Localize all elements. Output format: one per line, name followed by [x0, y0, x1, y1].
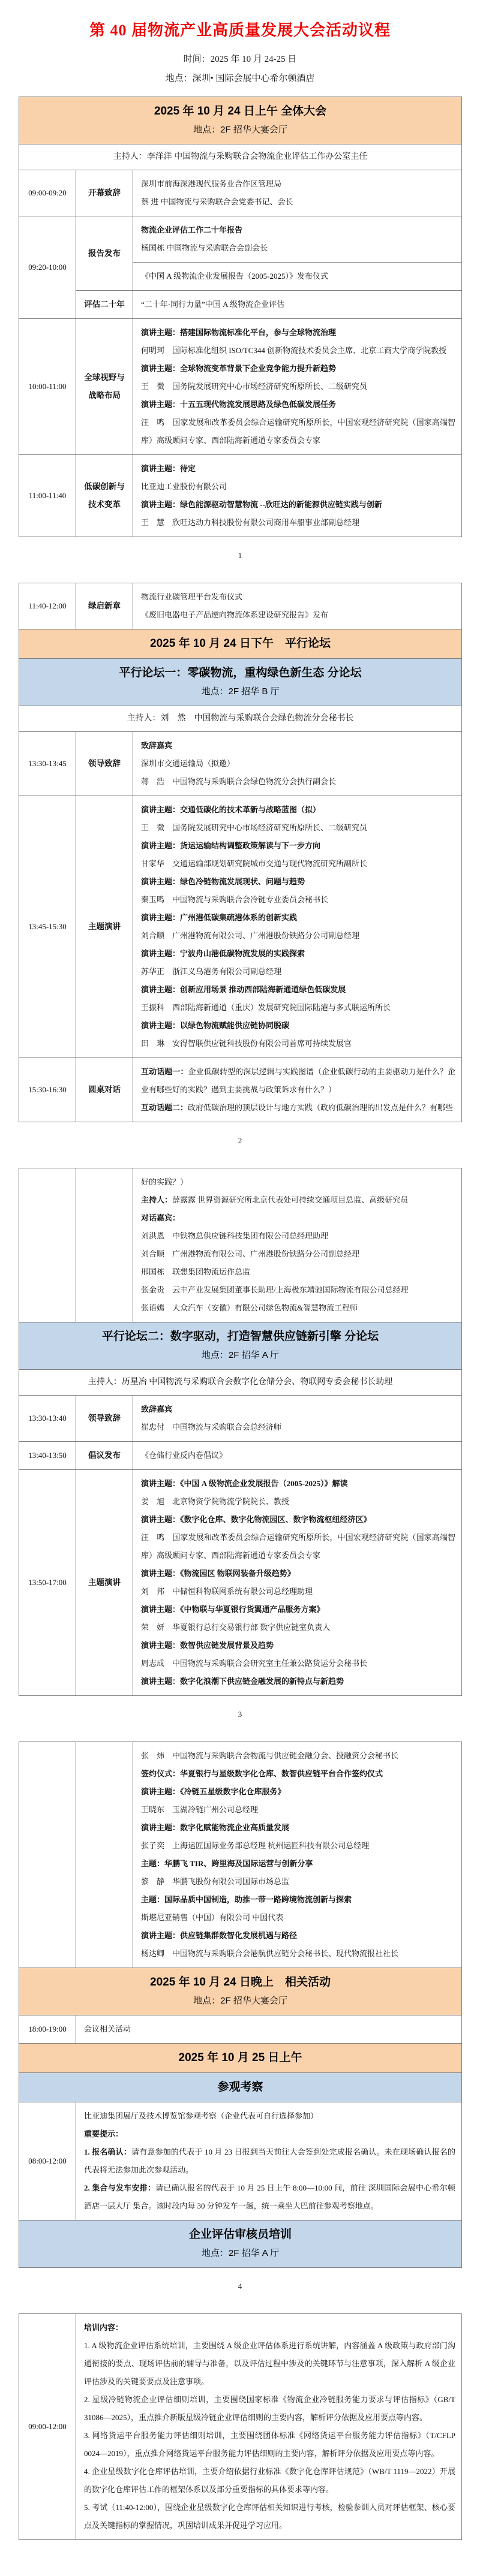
content-line: 演讲主题：搭建国际物流标准化平台，参与全球物流治理: [141, 324, 455, 342]
content-line: 苏华正 浙江义乌港务有限公司副总经理: [141, 963, 455, 981]
content-line: 演讲主题：创新应用场景 推动西部陆海新通道绿色低碳发展: [141, 981, 455, 999]
content-line: 比亚迪集团展厅及技术博览馆参观考察（企业代表可自行选择参加）: [84, 2107, 455, 2125]
session-type-cell: 主题演讲: [76, 1470, 133, 1695]
agenda-row: 15:30-16:30圆桌对话互动话题一：企业低碳转型的深层逻辑与实践图谱（企业…: [19, 1057, 461, 1122]
page-gap: 1: [0, 537, 480, 574]
agenda-row: 11:00-11:40低碳创新与 技术变革演讲主题：待定比亚迪工业股份有限公司演…: [19, 454, 461, 537]
session-type-cell: 评估二十年: [76, 291, 133, 318]
content-line-bold-part: 演讲主题：绿色冷链物流发展现状、问题与趋势: [141, 877, 305, 886]
section-header-title: 企业评估审核员培训: [23, 2225, 458, 2244]
time-cell: 08:00-12:00: [19, 2102, 76, 2220]
content-line-bold-part: 主题：国际品质中国制造，助推一带一路跨境物流创新与探索: [141, 1895, 352, 1904]
content-line-bold-part: 演讲主题：供应链集群数智化发展机遇与路径: [141, 1931, 297, 1940]
content-line: 演讲主题：交通低碳化的技术革新与战略蓝图（拟）: [141, 801, 455, 819]
content-line: 黎 静 华鹏飞股份有限公司国际市场总监: [141, 1873, 455, 1891]
content-line: 致辞嘉宾: [141, 737, 455, 755]
content-line-text-part: 4. 企业星级数字化仓库评估培训，主要介绍依据行业标准《数字化仓库评估规范》（W…: [84, 2467, 455, 2494]
content-line-bold-part: 演讲主题：《中国 A 级物流企业发展报告（2005-2025）》解读: [141, 1479, 348, 1488]
section-header-location: 地点：2F 招华 A 厅: [23, 2244, 458, 2262]
content-line: 蔡 进 中国物流与采购联合会党委书记、会长: [141, 193, 455, 211]
time-cell: 10:00-11:00: [19, 319, 76, 454]
content-line-text-part: 比亚迪集团展厅及技术博览馆参观考察（企业代表可自行选择参加）: [84, 2111, 318, 2120]
time-cell: 13:45-15:30: [19, 796, 76, 1057]
content-line: 演讲主题：数字化浪潮下供应链金融发展的新特点与新趋势: [141, 1673, 455, 1691]
session-content-cell: 比亚迪集团展厅及技术博览馆参观考察（企业代表可自行选择参加）重要提示：1. 报名…: [76, 2102, 461, 2220]
group-cells: “二十年·同行力量”中国 A 级物流企业评估: [133, 291, 461, 318]
section-header-title: 2025 年 10 月 24 日上午 全体大会: [23, 102, 458, 121]
content-line: 3. 网络货运平台服务能力评估细则培训，主要围绕团体标准《网络货运平台服务能力评…: [84, 2427, 455, 2463]
content-line: 5. 考试（11:40-12:00），围绕企业星级数字化仓库评估相关知识进行考核…: [84, 2499, 455, 2535]
content-line-bold-part: 培训内容：: [84, 2323, 123, 2332]
content-line-text-part: 《中国 A 级物流企业发展报告（2005-2025）》发布仪式: [141, 272, 328, 281]
content-line-text-part: 政府低碳治理的顶层设计与地方实践（政府低碳治理的出发点是什么？有哪些: [188, 1103, 453, 1112]
group-part: 报告发布物流企业评估工作二十年报告杨国栋 中国物流与采购联合会副会长《中国 A …: [76, 216, 461, 290]
content-line: 4. 企业星级数字化仓库评估培训，主要介绍依据行业标准《数字化仓库评估规范》（W…: [84, 2463, 455, 2499]
content-line-text-part: 深圳市前海深港现代服务业合作区管理局: [141, 179, 281, 188]
content-line: 主题：华鹏飞 TIR、跨里海及国际运营与创新分享: [141, 1855, 455, 1873]
content-line: 演讲主题：《数字化仓库、数字化物流园区、数字物流枢纽经济区》: [141, 1511, 455, 1529]
content-line: 《仓储行业反内卷倡议》: [141, 1447, 455, 1465]
content-line-text-part: 2. 星级冷链物流企业评估细则培训，主要围绕国家标准《物流企业冷链服务能力要求与…: [84, 2395, 455, 2422]
content-line-text-part: 刘合顺 广州港物流有限公司、广州港股份铁路分公司副总经理: [141, 1249, 359, 1258]
session-content-cell: 培训内容：1. A 级物流企业评估系统培训，主要围绕 A 级企业评估体系进行系统…: [76, 2314, 461, 2539]
content-line-bold-part: 演讲主题：交通低碳化的技术革新与战略蓝图（拟）: [141, 805, 320, 814]
content-line: 蒋 浩 中国物流与采购联合会绿色物流分会执行副会长: [141, 773, 455, 791]
agenda-row-wide: 08:00-12:00比亚迪集团展厅及技术博览馆参观考察（企业代表可自行选择参加…: [19, 2102, 461, 2220]
content-line: 1. 报名确认：请有意参加的代表于 10 月 23 日报到当天前往大会签到处完成…: [84, 2143, 455, 2179]
content-line-bold-part: 演讲主题：《冷链五星级数字化仓库服务》: [141, 1787, 286, 1796]
content-line: 王晓东 玉湖冷链广州公司总经理: [141, 1801, 455, 1819]
session-content-cell: 致辞嘉宾深圳市交通运输局（拟邀）蒋 浩 中国物流与采购联合会绿色物流分会执行副会…: [133, 732, 461, 796]
content-line: 演讲主题：《物流园区 物联网装备升级趋势》: [141, 1565, 455, 1583]
section-header: 参观考察: [19, 2072, 461, 2102]
agenda-row-group: 09:20-10:00报告发布物流企业评估工作二十年报告杨国栋 中国物流与采购联…: [19, 216, 461, 318]
time-cell: 11:40-12:00: [19, 583, 76, 629]
content-line: “二十年·同行力量”中国 A 级物流企业评估: [141, 296, 455, 314]
content-line: 物流企业评估工作二十年报告: [141, 221, 455, 239]
content-line-bold-part: 2. 集合与发车安排：: [84, 2183, 155, 2192]
agenda-row: 11:40-12:00绿启新章物流行业碳管理平台发布仪式《废旧电器电子产品逆向物…: [19, 583, 461, 629]
content-line: 刘合顺 广州港物流有限公司、广州港股份铁路分公司副总经理: [141, 927, 455, 945]
bottom-whitespace: [0, 2540, 480, 2576]
section-header-location: 地点：2F 招华 A 厅: [23, 1346, 458, 1364]
content-line: 王 微 国务院发展研究中心市场经济研究所原所长、二级研究员: [141, 819, 455, 837]
content-line: 张子奕 上海运匠国际业务部总经理 杭州运匠科技有限公司总经理: [141, 1837, 455, 1855]
section-header: 2025 年 10 月 24 日下午 平行论坛: [19, 629, 461, 658]
content-line: 杨国栋 中国物流与采购联合会副会长: [141, 239, 455, 257]
content-line: 主持人：薛露露 世界资源研究所北京代表处可持续交通项目总监、高级研究员: [141, 1191, 455, 1209]
content-line: 主题：国际品质中国制造，助推一带一路跨境物流创新与探索: [141, 1891, 455, 1909]
moderator-row: 主持人：历星冶 中国物流与采购联合会数字化仓储分会、物联网专委会秘书长助理: [19, 1369, 461, 1395]
section-header-location: 地点：2F 招华大宴会厅: [23, 121, 458, 139]
content-line: 演讲主题：宁波舟山港低碳物流发展的实践探索: [141, 945, 455, 963]
content-line: 致辞嘉宾: [141, 1400, 455, 1418]
time-cell: 15:30-16:30: [19, 1058, 76, 1122]
section-header: 2025 年 10 月 25 日上午: [19, 2043, 461, 2072]
agenda-table: 2025 年 10 月 24 日上午 全体大会地点：2F 招华大宴会厅主持人：李…: [19, 97, 462, 537]
content-line-text-part: 请有意参加的代表于 10 月 23 日报到当天前往大会签到处完成报名确认。未在现…: [84, 2147, 455, 2174]
content-line-text-part: 1. A 级物流企业评估系统培训，主要围绕 A 级企业评估体系进行系统讲解，内容…: [84, 2341, 455, 2386]
content-line: 崔忠付 中国物流与采购联合会总经济师: [141, 1418, 455, 1436]
content-line-bold-part: 互动话题一：: [141, 1067, 188, 1076]
time-cell: 13:40-13:50: [19, 1442, 76, 1469]
time-cell: 09:00-09:20: [19, 170, 76, 216]
session-content-cell: 演讲主题：待定比亚迪工业股份有限公司演讲主题：绿色能源驱动智慧物流 --欣旺达的…: [133, 455, 461, 537]
content-line-text-part: 比亚迪工业股份有限公司: [141, 482, 227, 491]
page-title: 第 40 届物流产业高质量发展大会活动议程: [18, 18, 462, 40]
content-line-text-part: 斯堪尼亚销售（中国）有限公司 中国代表: [141, 1913, 283, 1922]
content-line: 重要提示：: [84, 2125, 455, 2143]
content-line-bold-part: 主题：华鹏飞 TIR、跨里海及国际运营与创新分享: [141, 1859, 313, 1868]
content-line: 演讲主题：《冷链五星级数字化仓库服务》: [141, 1783, 455, 1801]
agenda-row: 13:40-13:50倡议发布《仓储行业反内卷倡议》: [19, 1441, 461, 1469]
group-part: 评估二十年“二十年·同行力量”中国 A 级物流企业评估: [76, 290, 461, 318]
session-type-cell: 领导致辞: [76, 732, 133, 796]
content-line: 周志成 中国物流与采购联合会研究室主任兼公路货运分会秘书长: [141, 1655, 455, 1673]
content-line: 演讲主题：十五五现代物流发展思路及绿色低碳发展任务: [141, 396, 455, 414]
agenda-row-wide: 09:00-12:00培训内容：1. A 级物流企业评估系统培训，主要围绕 A …: [19, 2314, 461, 2539]
content-line-bold-part: 演讲主题：搭建国际物流标准化平台，参与全球物流治理: [141, 328, 336, 337]
content-line: 演讲主题：《中物联与华夏银行货翼通产品服务方案》: [141, 1601, 455, 1619]
content-line-bold-part: 对话嘉宾：: [141, 1213, 180, 1222]
content-line-bold-part: 演讲主题：全球物流变革背景下企业竞争能力提升新趋势: [141, 364, 336, 373]
content-line-text-part: 汪 鸣 国家发展和改革委员会综合运输研究所原所长，中国宏观经济研究院（国家高端智…: [141, 1533, 455, 1560]
page-number: 1: [238, 551, 242, 561]
section-header: 平行论坛一：零碳物流，重构绿色新生态 分论坛地点：2F 招华 B 厅: [19, 658, 461, 706]
page-number: 2: [238, 1136, 242, 1146]
content-line: 甘家华 交通运输部规划研究院城市交通与现代物流研究所副所长: [141, 855, 455, 873]
agenda-tables: 2025 年 10 月 24 日上午 全体大会地点：2F 招华大宴会厅主持人：李…: [0, 97, 480, 2540]
content-line: 王 慧 欣旺达动力科技股份有限公司商用车船事业部副总经理: [141, 514, 455, 532]
content-line: 姜 旭 北京物资学院物流学院院长、教授: [141, 1493, 455, 1511]
page-gap: 2: [0, 1122, 480, 1159]
session-type-cell: 领导致辞: [76, 1396, 133, 1441]
content-line-text-part: 蔡 进 中国物流与采购联合会党委书记、会长: [141, 197, 293, 206]
agenda-row: 张 炜 中国物流与采购联合会物流与供应链金融分会、投融资分会秘书长签约仪式：华夏…: [19, 1742, 461, 1968]
content-line-text-part: 张语嫣 大众汽车（安徽）有限公司绿色物流&智慧物流工程师: [141, 1303, 358, 1312]
content-line: 演讲主题：数字化赋能物流企业高质量发展: [141, 1819, 455, 1837]
session-type-cell: 主题演讲: [76, 796, 133, 1057]
session-content-cell: 物流企业评估工作二十年报告杨国栋 中国物流与采购联合会副会长: [133, 216, 461, 262]
content-line-text-part: 杨达卿 中国物流与采购联合会港航供应链分会秘书长、现代物流报社社长: [141, 1949, 398, 1958]
agenda-table: 好的实践？）主持人：薛露露 世界资源研究所北京代表处可持续交通项目总监、高级研究…: [19, 1168, 462, 1696]
page-number: 3: [238, 1710, 242, 1719]
content-line-text-part: 薛露露 世界资源研究所北京代表处可持续交通项目总监、高级研究员: [172, 1195, 408, 1204]
content-line: 比亚迪工业股份有限公司: [141, 478, 455, 496]
content-line: 刘 邦 中储恒科物联网系统有限公司总经理助理: [141, 1583, 455, 1601]
content-line: 杨达卿 中国物流与采购联合会港航供应链分会秘书长、现代物流报社社长: [141, 1945, 455, 1963]
agenda-row-wide: 18:00-19:00会议相关活动: [19, 2015, 461, 2043]
content-line-text-part: 张 炜 中国物流与采购联合会物流与供应链金融分会、投融资分会秘书长: [141, 1751, 398, 1760]
moderator-row: 主持人：刘 然 中国物流与采购联合会绿色物流分会秘书长: [19, 706, 461, 731]
content-line-bold-part: 演讲主题：数智供应链发展背景及趋势: [141, 1641, 274, 1650]
content-line-text-part: 物流行业碳管理平台发布仪式: [141, 592, 242, 601]
content-line-bold-part: 演讲主题：《中物联与华夏银行货翼通产品服务方案》: [141, 1605, 325, 1614]
doc-venue-line: 地点：深圳• 国际会展中心希尔顿酒店: [0, 69, 480, 88]
content-line-bold-part: 演讲主题：以绿色物流赋能供应链协同脱碳: [141, 1021, 289, 1030]
session-type-cell: 绿启新章: [76, 583, 133, 629]
group-right: 报告发布物流企业评估工作二十年报告杨国栋 中国物流与采购联合会副会长《中国 A …: [76, 216, 461, 318]
page-gap: 3: [0, 1696, 480, 1733]
content-line: 2. 集合与发车安排：请已确认报名的代表于 10 月 25 日上午 8:00—1…: [84, 2179, 455, 2215]
session-type-cell: 报告发布: [76, 216, 133, 290]
content-line: 演讲主题：待定: [141, 460, 455, 478]
section-header-location: 地点：2F 招华 B 厅: [23, 683, 458, 701]
content-line-bold-part: 物流企业评估工作二十年报告: [141, 225, 242, 234]
time-cell: 13:50-17:00: [19, 1470, 76, 1695]
time-cell: 09:20-10:00: [19, 216, 76, 318]
session-type-cell: 开幕致辞: [76, 170, 133, 216]
content-line-text-part: 深圳市交通运输局（拟邀）: [141, 759, 235, 768]
content-line: 演讲主题：《中国 A 级物流企业发展报告（2005-2025）》解读: [141, 1475, 455, 1493]
content-line-text-part: 苏华正 浙江义乌港务有限公司副总经理: [141, 967, 281, 976]
session-type-cell: 圆桌对话: [76, 1058, 133, 1122]
session-content-cell: 演讲主题：《中国 A 级物流企业发展报告（2005-2025）》解读姜 旭 北京…: [133, 1470, 461, 1695]
content-line-text-part: 刘合顺 广州港物流有限公司、广州港股份铁路分公司副总经理: [141, 931, 359, 940]
content-line-bold-part: 演讲主题：创新应用场景 推动西部陆海新通道绿色低碳发展: [141, 985, 346, 994]
content-line: 演讲主题：全球物流变革背景下企业竞争能力提升新趋势: [141, 360, 455, 378]
session-content-cell: 深圳市前海深港现代服务业合作区管理局蔡 进 中国物流与采购联合会党委书记、会长: [133, 170, 461, 216]
content-line: 1. A 级物流企业评估系统培训，主要围绕 A 级企业评估体系进行系统讲解，内容…: [84, 2337, 455, 2391]
content-line-bold-part: 致辞嘉宾: [141, 741, 172, 750]
session-content-cell: 互动话题一：企业低碳转型的深层逻辑与实践图谱（企业低碳行动的主要驱动力是什么？企…: [133, 1058, 461, 1122]
section-header: 2025 年 10 月 24 日上午 全体大会地点：2F 招华大宴会厅: [19, 97, 461, 144]
content-line: 荣 妍 华夏银行总行交易银行部 数字供应链室负责人: [141, 1619, 455, 1637]
section-header: 2025 年 10 月 24 日晚上 相关活动地点：2F 招华大宴会厅: [19, 1968, 461, 2015]
session-content-cell: 《仓储行业反内卷倡议》: [133, 1442, 461, 1469]
document-page: 第 40 届物流产业高质量发展大会活动议程 时间：2025 年 10 月 24-…: [0, 18, 480, 2576]
content-line: 《中国 A 级物流企业发展报告（2005-2025）》发布仪式: [141, 267, 455, 285]
content-line: 深圳市前海深港现代服务业合作区管理局: [141, 175, 455, 193]
group-cells: 物流企业评估工作二十年报告杨国栋 中国物流与采购联合会副会长《中国 A 级物流企…: [133, 216, 461, 290]
content-line-bold-part: 演讲主题：《物流园区 物联网装备升级趋势》: [141, 1569, 295, 1578]
agenda-table: 11:40-12:00绿启新章物流行业碳管理平台发布仪式《废旧电器电子产品逆向物…: [19, 583, 462, 1122]
content-line: 何明珂 国际标准化组织 ISO/TC344 创新物流技术委员会主席、北京工商大学…: [141, 342, 455, 360]
content-line-text-part: 甘家华 交通运输部规划研究院城市交通与现代物流研究所副所长: [141, 859, 367, 868]
content-line-text-part: 荣 妍 华夏银行总行交易银行部 数字供应链室负责人: [141, 1623, 330, 1632]
content-line: 互动话题二：政府低碳治理的顶层设计与地方实践（政府低碳治理的出发点是什么？有哪些: [141, 1099, 455, 1117]
content-line-text-part: 王 微 国务院发展研究中心市场经济研究所原所长、二级研究员: [141, 823, 367, 832]
doc-meta: 时间：2025 年 10 月 24-25 日 地点：深圳• 国际会展中心希尔顿酒…: [0, 50, 480, 88]
content-line: 刘洪恩 中铁物总供应链科技集团有限公司总经理助理: [141, 1227, 455, 1245]
section-header-title: 平行论坛二：数字驱动，打造智慧供应链新引擎 分论坛: [23, 1327, 458, 1346]
content-line-text-part: 秦玉鸣 中国物流与采购联合会冷链专业委员会秘书长: [141, 895, 328, 904]
content-line: 演讲主题：货运运输结构调整政策解读与下一步方向: [141, 837, 455, 855]
content-line-bold-part: 演讲主题：广州港低碳集疏港体系的创新实践: [141, 913, 297, 922]
content-line: 演讲主题：供应链集群数智化发展机遇与路径: [141, 1927, 455, 1945]
time-cell: [19, 1168, 76, 1322]
content-line: 物流行业碳管理平台发布仪式: [141, 588, 455, 606]
content-line-text-part: 企业低碳转型的深层逻辑与实践图谱（企业低碳行动的主要驱动力是什么？企业有哪些好的…: [141, 1067, 455, 1094]
session-content-cell: 《中国 A 级物流企业发展报告（2005-2025）》发布仪式: [133, 262, 461, 290]
agenda-row: 13:45-15:30主题演讲演讲主题：交通低碳化的技术革新与战略蓝图（拟）王 …: [19, 796, 461, 1057]
time-cell: 09:00-12:00: [19, 2314, 76, 2539]
content-line-bold-part: 演讲主题：宁波舟山港低碳物流发展的实践探索: [141, 949, 305, 958]
content-line-text-part: 崔忠付 中国物流与采购联合会总经济师: [141, 1423, 281, 1432]
content-line-bold-part: 致辞嘉宾: [141, 1405, 172, 1414]
session-content-cell: 物流行业碳管理平台发布仪式《废旧电器电子产品逆向物流体系建设研究报告》发布: [133, 583, 461, 629]
content-line: 好的实践？）: [141, 1173, 455, 1191]
section-header: 企业评估审核员培训地点：2F 招华 A 厅: [19, 2220, 461, 2267]
content-line-bold-part: 演讲主题：数字化浪潮下供应链金融发展的新特点与新趋势: [141, 1677, 344, 1686]
content-line-text-part: 王晓东 玉湖冷链广州公司总经理: [141, 1805, 258, 1814]
content-line-text-part: 5. 考试（11:40-12:00），围绕企业星级数字化仓库评估相关知识进行考核…: [84, 2503, 455, 2530]
content-line: 《废旧电器电子产品逆向物流体系建设研究报告》发布: [141, 606, 455, 624]
content-line: 张 炜 中国物流与采购联合会物流与供应链金融分会、投融资分会秘书长: [141, 1747, 455, 1765]
session-content-cell: 好的实践？）主持人：薛露露 世界资源研究所北京代表处可持续交通项目总监、高级研究…: [133, 1168, 461, 1322]
time-cell: 11:00-11:40: [19, 455, 76, 537]
session-type-cell: [76, 1742, 133, 1968]
section-header-title: 2025 年 10 月 24 日晚上 相关活动: [23, 1973, 458, 1992]
page-gap: 4: [0, 2268, 480, 2305]
content-line-text-part: 刘洪恩 中铁物总供应链科技集团有限公司总经理助理: [141, 1231, 328, 1240]
content-line-text-part: 王 慧 欣旺达动力科技股份有限公司商用车船事业部副总经理: [141, 518, 359, 527]
content-line-text-part: 王振科 西部陆海新通道（重庆）发展研究院国际陆港与多式联运所所长: [141, 1003, 391, 1012]
section-header-title: 平行论坛一：零碳物流，重构绿色新生态 分论坛: [23, 664, 458, 683]
content-line-text-part: 张子奕 上海运匠国际业务部总经理 杭州运匠科技有限公司总经理: [141, 1841, 369, 1850]
content-line-text-part: 田 琳 安得智联供应链科技股份有限公司首席可持续发展官: [141, 1039, 352, 1048]
page-number: 4: [238, 2282, 242, 2291]
content-line: 田 琳 安得智联供应链科技股份有限公司首席可持续发展官: [141, 1035, 455, 1053]
content-line: 秦玉鸣 中国物流与采购联合会冷链专业委员会秘书长: [141, 891, 455, 909]
content-line-bold-part: 演讲主题：货运运输结构调整政策解读与下一步方向: [141, 841, 320, 850]
content-line: 对话嘉宾：: [141, 1209, 455, 1227]
content-line-text-part: 汪 鸣 国家发展和改革委员会综合运输研究所原所长，中国宏观经济研究院（国家高端智…: [141, 418, 455, 445]
moderator-row: 主持人：李洋洋 中国物流与采购联合会物流企业评估工作办公室主任: [19, 144, 461, 170]
section-header-title: 2025 年 10 月 24 日下午 平行论坛: [23, 634, 458, 653]
agenda-table: 09:00-12:00培训内容：1. A 级物流企业评估系统培训，主要围绕 A …: [19, 2313, 462, 2540]
time-cell: [19, 1742, 76, 1968]
time-cell: 18:00-19:00: [19, 2015, 76, 2043]
content-line-bold-part: 演讲主题：待定: [141, 464, 196, 473]
session-type-cell: [76, 1168, 133, 1322]
content-line: 演讲主题：数智供应链发展背景及趋势: [141, 1637, 455, 1655]
content-line: 演讲主题：以绿色物流赋能供应链协同脱碳: [141, 1017, 455, 1035]
content-line-bold-part: 互动话题二：: [141, 1103, 188, 1112]
content-line: 2. 星级冷链物流企业评估细则培训，主要围绕国家标准《物流企业冷链服务能力要求与…: [84, 2391, 455, 2427]
content-line-text-part: 杨国栋 中国物流与采购联合会副会长: [141, 243, 268, 252]
content-line-text-part: 何明珂 国际标准化组织 ISO/TC344 创新物流技术委员会主席、北京工商大学…: [141, 346, 446, 355]
section-header-title: 参观考察: [23, 2078, 458, 2097]
time-cell: 13:30-13:40: [19, 1396, 76, 1441]
content-line-text-part: “二十年·同行力量”中国 A 级物流企业评估: [141, 300, 284, 309]
content-line: 演讲主题：绿色能源驱动智慧物流 --欣旺达的新能源供应链实践与创新: [141, 496, 455, 514]
content-line: 汪 鸣 国家发展和改革委员会综合运输研究所原所长，中国宏观经济研究院（国家高端智…: [141, 414, 455, 450]
agenda-row: 13:50-17:00主题演讲演讲主题：《中国 A 级物流企业发展报告（2005…: [19, 1469, 461, 1695]
content-line-text-part: 张金贵 云丰产业发展集团董事长助理/上海极东靖驰国际物流有限公司总经理: [141, 1285, 409, 1294]
content-line: 王 微 国务院发展研究中心市场经济研究所原所长、二级研究员: [141, 378, 455, 396]
content-line: 张金贵 云丰产业发展集团董事长助理/上海极东靖驰国际物流有限公司总经理: [141, 1281, 455, 1299]
session-content-cell: 张 炜 中国物流与采购联合会物流与供应链金融分会、投融资分会秘书长签约仪式：华夏…: [133, 1742, 461, 1968]
content-line: 邢国栋 联想集团物流运作总监: [141, 1263, 455, 1281]
session-type-cell: 低碳创新与 技术变革: [76, 455, 133, 537]
content-line: 张语嫣 大众汽车（安徽）有限公司绿色物流&智慧物流工程师: [141, 1299, 455, 1317]
content-line: 斯堪尼亚销售（中国）有限公司 中国代表: [141, 1909, 455, 1927]
section-header: 平行论坛二：数字驱动，打造智慧供应链新引擎 分论坛地点：2F 招华 A 厅: [19, 1322, 461, 1369]
content-line: 汪 鸣 国家发展和改革委员会综合运输研究所原所长，中国宏观经济研究院（国家高端智…: [141, 1529, 455, 1565]
content-line: 深圳市交通运输局（拟邀）: [141, 755, 455, 773]
agenda-row: 09:00-09:20开幕致辞深圳市前海深港现代服务业合作区管理局蔡 进 中国物…: [19, 170, 461, 216]
content-line: 王振科 西部陆海新通道（重庆）发展研究院国际陆港与多式联运所所长: [141, 999, 455, 1017]
content-line-text-part: 《仓储行业反内卷倡议》: [141, 1451, 227, 1460]
agenda-row: 13:30-13:45领导致辞致辞嘉宾深圳市交通运输局（拟邀）蒋 浩 中国物流与…: [19, 731, 461, 796]
session-type-cell: 全球视野与 战略布局: [76, 319, 133, 454]
content-line-bold-part: 签约仪式：华夏银行与星级数字化仓库、数智供应链平台合作签约仪式: [141, 1769, 383, 1778]
content-line-bold-part: 演讲主题：十五五现代物流发展思路及绿色低碳发展任务: [141, 400, 336, 409]
agenda-row: 好的实践？）主持人：薛露露 世界资源研究所北京代表处可持续交通项目总监、高级研究…: [19, 1168, 461, 1322]
content-line-bold-part: 演讲主题：绿色能源驱动智慧物流 --欣旺达的新能源供应链实践与创新: [141, 500, 382, 509]
content-line: 互动话题一：企业低碳转型的深层逻辑与实践图谱（企业低碳行动的主要驱动力是什么？企…: [141, 1063, 455, 1099]
agenda-table: 张 炜 中国物流与采购联合会物流与供应链金融分会、投融资分会秘书长签约仪式：华夏…: [19, 1742, 462, 2268]
doc-time-line: 时间：2025 年 10 月 24-25 日: [0, 50, 480, 69]
content-line: 演讲主题：绿色冷链物流发展现状、问题与趋势: [141, 873, 455, 891]
content-line-text-part: 黎 静 华鹏飞股份有限公司国际市场总监: [141, 1877, 289, 1886]
agenda-row: 13:30-13:40领导致辞致辞嘉宾崔忠付 中国物流与采购联合会总经济师: [19, 1395, 461, 1441]
content-line-bold-part: 演讲主题：《数字化仓库、数字化物流园区、数字物流枢纽经济区》: [141, 1515, 371, 1524]
content-line: 签约仪式：华夏银行与星级数字化仓库、数智供应链平台合作签约仪式: [141, 1765, 455, 1783]
session-content-cell: 会议相关活动: [76, 2015, 461, 2043]
content-line: 培训内容：: [84, 2319, 455, 2337]
content-line-text-part: 会议相关活动: [84, 2024, 131, 2033]
content-line-text-part: 蒋 浩 中国物流与采购联合会绿色物流分会执行副会长: [141, 777, 336, 786]
content-line-text-part: 3. 网络货运平台服务能力评估细则培训，主要围绕团体标准《网络货运平台服务能力评…: [84, 2431, 455, 2458]
session-content-cell: 演讲主题：搭建国际物流标准化平台，参与全球物流治理何明珂 国际标准化组织 ISO…: [133, 319, 461, 454]
session-content-cell: 演讲主题：交通低碳化的技术革新与战略蓝图（拟）王 微 国务院发展研究中心市场经济…: [133, 796, 461, 1057]
content-line-text-part: 刘 邦 中储恒科物联网系统有限公司总经理助理: [141, 1587, 313, 1596]
content-line-bold-part: 主持人：: [141, 1195, 172, 1204]
content-line-text-part: 周志成 中国物流与采购联合会研究室主任兼公路货运分会秘书长: [141, 1659, 367, 1668]
section-header-location: 地点：2F 招华大宴会厅: [23, 1992, 458, 2010]
content-line-text-part: 姜 旭 北京物资学院物流学院院长、教授: [141, 1497, 289, 1506]
agenda-row: 10:00-11:00全球视野与 战略布局演讲主题：搭建国际物流标准化平台，参与…: [19, 318, 461, 454]
content-line-bold-part: 演讲主题：数字化赋能物流企业高质量发展: [141, 1823, 289, 1832]
content-line: 刘合顺 广州港物流有限公司、广州港股份铁路分公司副总经理: [141, 1245, 455, 1263]
session-content-cell: “二十年·同行力量”中国 A 级物流企业评估: [133, 291, 461, 318]
content-line-text-part: 邢国栋 联想集团物流运作总监: [141, 1267, 250, 1276]
content-line: 会议相关活动: [84, 2020, 455, 2038]
content-line-bold-part: 重要提示：: [84, 2129, 123, 2138]
section-header-title: 2025 年 10 月 25 日上午: [23, 2048, 458, 2068]
time-cell: 13:30-13:45: [19, 732, 76, 796]
content-line-text-part: 《废旧电器电子产品逆向物流体系建设研究报告》发布: [141, 610, 328, 619]
session-content-cell: 致辞嘉宾崔忠付 中国物流与采购联合会总经济师: [133, 1396, 461, 1441]
content-line-bold-part: 1. 报名确认：: [84, 2147, 131, 2156]
content-line-text-part: 好的实践？）: [141, 1177, 188, 1186]
session-type-cell: 倡议发布: [76, 1442, 133, 1469]
content-line-text-part: 王 微 国务院发展研究中心市场经济研究所原所长、二级研究员: [141, 382, 367, 391]
content-line: 演讲主题：广州港低碳集疏港体系的创新实践: [141, 909, 455, 927]
